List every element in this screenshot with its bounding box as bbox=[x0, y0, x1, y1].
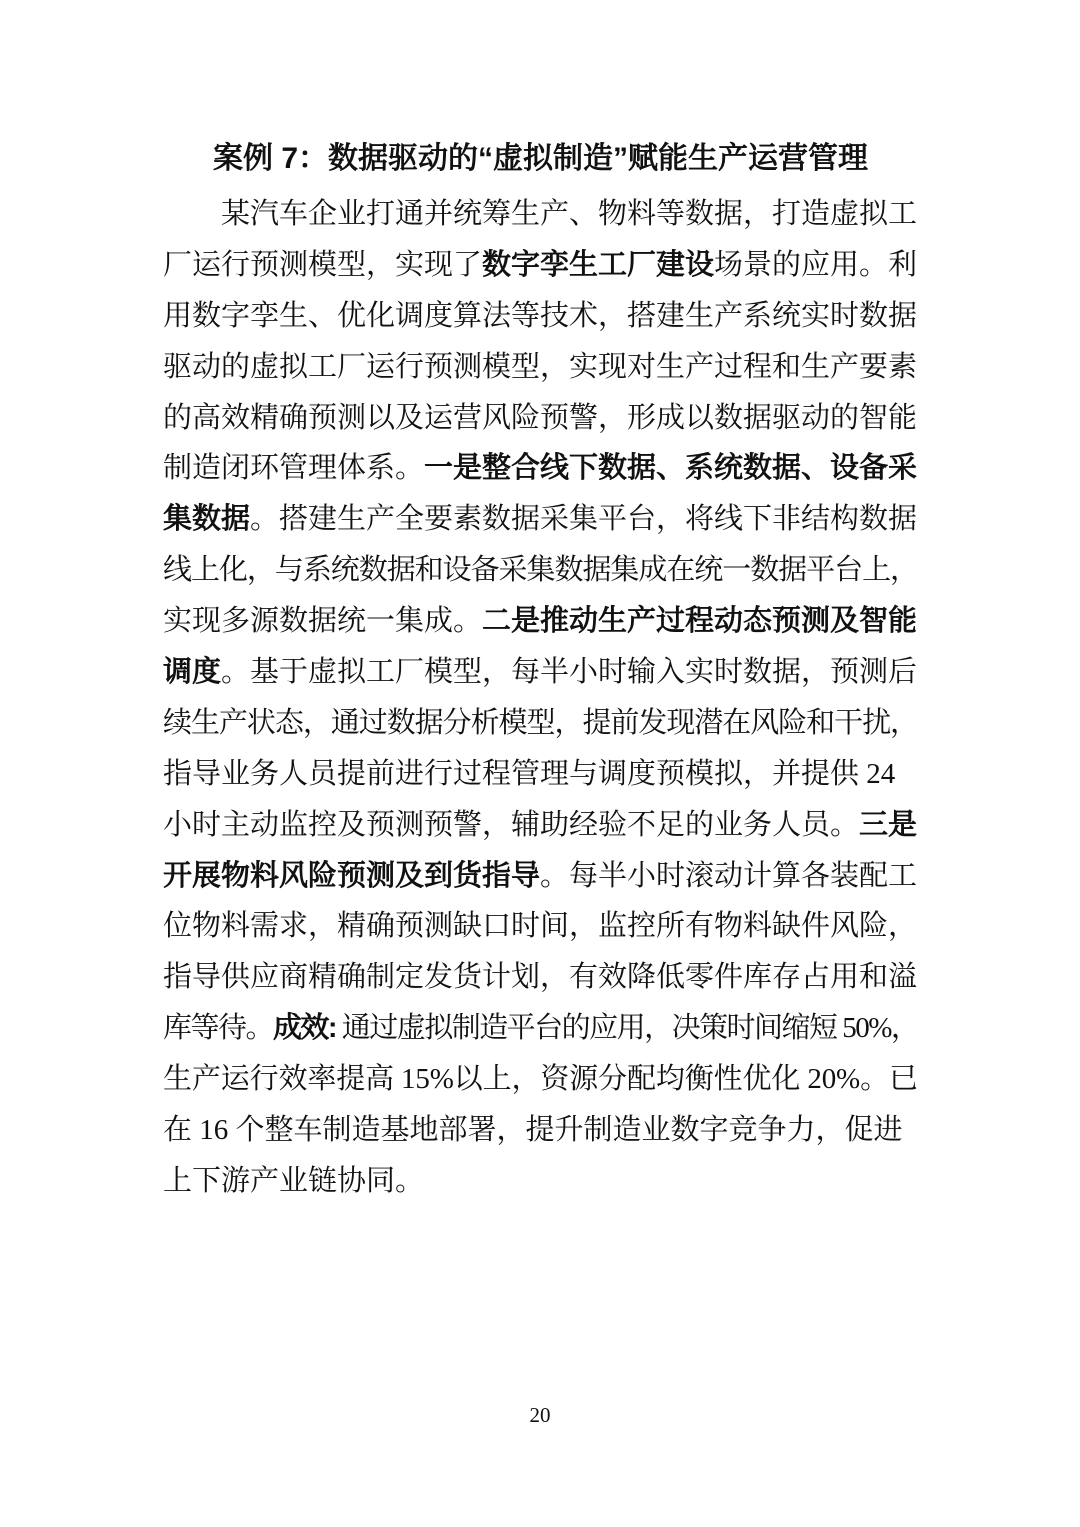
text-segment: 实现多源数据统一集成。 bbox=[163, 605, 482, 637]
text-segment: 生产运行效率提高 15%以上，资源分配均衡性优化 20%。已 bbox=[163, 1063, 918, 1095]
text-line: 续生产状态，通过数据分析模型，提前发现潜在风险和干扰， bbox=[163, 698, 918, 749]
text-segment: 厂运行预测模型，实现了 bbox=[163, 249, 482, 281]
text-line: 生产运行效率提高 15%以上，资源分配均衡性优化 20%。已 bbox=[163, 1054, 918, 1105]
text-segment: 小时主动监控及预测预警，辅助经验不足的业务人员。 bbox=[163, 809, 859, 841]
text-segment-bold: 集数据 bbox=[163, 503, 250, 535]
text-segment-bold: 开展物料风险预测及到货指导 bbox=[163, 860, 540, 892]
text-line: 上下游产业链协同。 bbox=[163, 1156, 918, 1207]
text-line: 制造闭环管理体系。一是整合线下数据、系统数据、设备采 bbox=[163, 443, 918, 494]
text-segment-bold: 二是推动生产过程动态预测及智能 bbox=[482, 605, 917, 637]
text-segment-bold: 三是 bbox=[859, 809, 917, 841]
text-segment: 的高效精确预测以及运营风险预警，形成以数据驱动的智能 bbox=[163, 402, 917, 434]
text-line: 集数据。搭建生产全要素数据采集平台，将线下非结构数据 bbox=[163, 494, 918, 545]
text-line: 用数字孪生、优化调度算法等技术，搭建生产系统实时数据 bbox=[163, 291, 918, 342]
text-line: 开展物料风险预测及到货指导。每半小时滚动计算各装配工 bbox=[163, 851, 918, 902]
text-line: 线上化，与系统数据和设备采集数据集成在统一数据平台上， bbox=[163, 545, 918, 596]
text-segment: 。每半小时滚动计算各装配工 bbox=[540, 860, 917, 892]
document-content: 案例 7：数据驱动的“虚拟制造”赋能生产运营管理 某汽车企业打通并统筹生产、物料… bbox=[163, 133, 918, 1207]
text-segment: 位物料需求，精确预测缺口时间，监控所有物料缺件风险， bbox=[163, 910, 917, 942]
text-segment-bold: 一是整合线下数据、系统数据、设备采 bbox=[424, 452, 917, 484]
text-segment: 。搭建生产全要素数据采集平台，将线下非结构数据 bbox=[250, 503, 917, 535]
text-line: 库等待。成效: 通过虚拟制造平台的应用，决策时间缩短 50%， bbox=[163, 1003, 918, 1054]
text-segment: 通过虚拟制造平台的应用，决策时间缩短 50%， bbox=[336, 1012, 918, 1044]
text-line: 指导业务人员提前进行过程管理与调度预模拟，并提供 24 bbox=[163, 749, 918, 800]
text-segment: 场景的应用。利 bbox=[714, 249, 917, 281]
text-segment: 驱动的虚拟工厂运行预测模型，实现对生产过程和生产要素 bbox=[163, 351, 917, 383]
text-segment: 库等待。 bbox=[163, 1012, 273, 1044]
text-line: 小时主动监控及预测预警，辅助经验不足的业务人员。三是 bbox=[163, 800, 918, 851]
text-line: 驱动的虚拟工厂运行预测模型，实现对生产过程和生产要素 bbox=[163, 342, 918, 393]
text-segment: 。基于虚拟工厂模型，每半小时输入实时数据，预测后 bbox=[221, 656, 917, 688]
text-segment: 指导供应商精确制定发货计划，有效降低零件库存占用和溢 bbox=[163, 961, 917, 993]
document-page: 案例 7：数据驱动的“虚拟制造”赋能生产运营管理 某汽车企业打通并统筹生产、物料… bbox=[0, 0, 1080, 1527]
text-segment: 指导业务人员提前进行过程管理与调度预模拟，并提供 24 bbox=[163, 758, 895, 790]
page-number: 20 bbox=[0, 1403, 1080, 1428]
text-segment: 某汽车企业打通并统筹生产、物料等数据，打造虚拟工 bbox=[221, 198, 917, 230]
text-segment: 线上化，与系统数据和设备采集数据集成在统一数据平台上， bbox=[163, 554, 918, 586]
text-segment: 用数字孪生、优化调度算法等技术，搭建生产系统实时数据 bbox=[163, 300, 917, 332]
text-line: 在 16 个整车制造基地部署，提升制造业数字竞争力，促进 bbox=[163, 1105, 918, 1156]
text-segment-bold: 调度 bbox=[163, 656, 221, 688]
text-line: 厂运行预测模型，实现了数字孪生工厂建设场景的应用。利 bbox=[163, 240, 918, 291]
text-line: 的高效精确预测以及运营风险预警，形成以数据驱动的智能 bbox=[163, 393, 918, 444]
text-line: 指导供应商精确制定发货计划，有效降低零件库存占用和溢 bbox=[163, 952, 918, 1003]
text-segment-bold: 成效: bbox=[273, 1012, 336, 1044]
text-line: 某汽车企业打通并统筹生产、物料等数据，打造虚拟工 bbox=[163, 189, 918, 240]
text-line: 位物料需求，精确预测缺口时间，监控所有物料缺件风险， bbox=[163, 901, 918, 952]
text-segment: 续生产状态，通过数据分析模型，提前发现潜在风险和干扰， bbox=[163, 707, 918, 739]
text-line: 调度。基于虚拟工厂模型，每半小时输入实时数据，预测后 bbox=[163, 647, 918, 698]
document-body: 某汽车企业打通并统筹生产、物料等数据，打造虚拟工 厂运行预测模型，实现了数字孪生… bbox=[163, 189, 918, 1207]
text-segment: 上下游产业链协同。 bbox=[163, 1165, 424, 1197]
text-segment-bold: 数字孪生工厂建设 bbox=[482, 249, 714, 281]
text-segment: 在 16 个整车制造基地部署，提升制造业数字竞争力，促进 bbox=[163, 1114, 903, 1146]
text-line: 实现多源数据统一集成。二是推动生产过程动态预测及智能 bbox=[163, 596, 918, 647]
document-title: 案例 7：数据驱动的“虚拟制造”赋能生产运营管理 bbox=[163, 133, 918, 184]
text-segment: 制造闭环管理体系。 bbox=[163, 452, 424, 484]
